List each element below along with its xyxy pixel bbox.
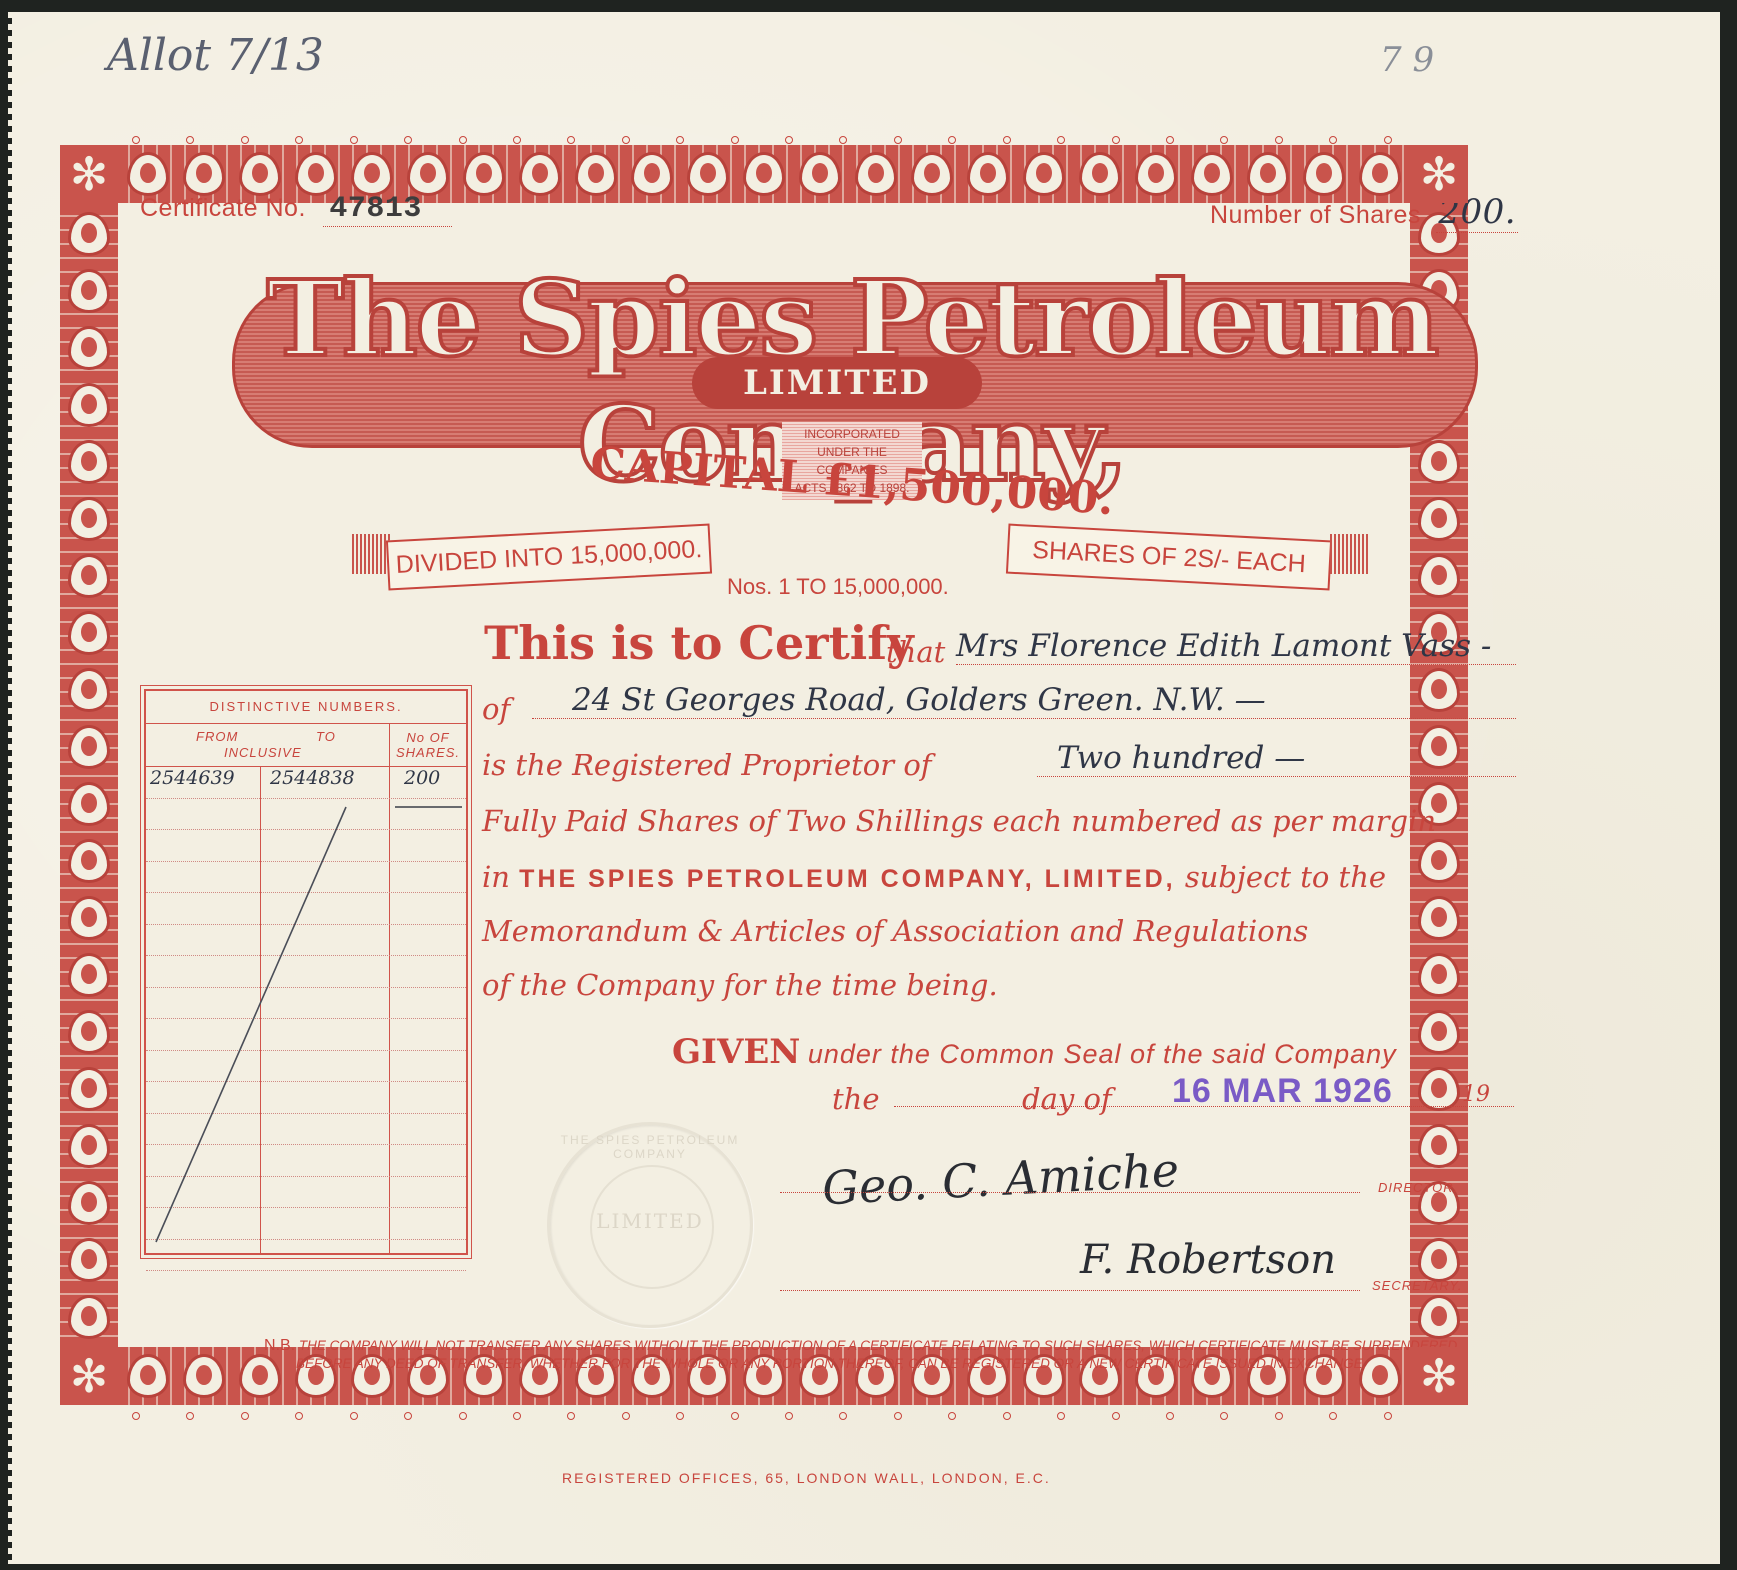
shares-header: No OF SHARES. bbox=[390, 724, 466, 766]
given-word: GIVEN bbox=[672, 1032, 800, 1072]
ribbon-end-right bbox=[1330, 534, 1370, 574]
day-of-label: day of bbox=[1022, 1082, 1112, 1116]
under-seal-text: under the Common Seal of the said Compan… bbox=[808, 1039, 1397, 1069]
registered-proprietor-text: is the Registered Proprietor of bbox=[482, 748, 932, 782]
pencil-annotation-number: 7 9 bbox=[1380, 40, 1434, 80]
from-to-header: FROM TO INCLUSIVE bbox=[146, 724, 390, 766]
registration-dots-bottom bbox=[132, 1412, 1392, 1420]
certify-heading: This is to Certify bbox=[484, 616, 914, 670]
number-of-shares-field: Number of Shares 200. bbox=[1210, 192, 1518, 233]
table-header-row: FROM TO INCLUSIVE No OF SHARES. bbox=[146, 724, 466, 767]
corner-rosette-icon: ✻ bbox=[60, 1347, 118, 1405]
director-label: DIRECTOR. bbox=[1378, 1180, 1458, 1195]
that-label: that bbox=[886, 635, 945, 669]
table-heading: DISTINCTIVE NUMBERS. bbox=[146, 691, 466, 724]
the-label: the bbox=[832, 1082, 880, 1116]
distinctive-numbers-table: DISTINCTIVE NUMBERS. FROM TO INCLUSIVE N… bbox=[144, 689, 468, 1255]
limited-badge: LIMITED bbox=[692, 357, 982, 409]
corner-rosette-icon: ✻ bbox=[60, 145, 118, 203]
company-name-caps: THE SPIES PETROLEUM COMPANY, LIMITED, bbox=[519, 865, 1175, 893]
share-number-range: Nos. 1 TO 15,000,000. bbox=[727, 574, 949, 600]
of-label: of bbox=[482, 692, 510, 726]
certificate-number-field: Certificate No. 47813 bbox=[140, 192, 452, 227]
certificate-number-value: 47813 bbox=[323, 192, 452, 227]
incorporated-line-1: INCORPORATED bbox=[782, 425, 922, 443]
cancellation-stroke bbox=[146, 767, 466, 1253]
director-signature-line bbox=[780, 1192, 1360, 1193]
palmette-column-left bbox=[60, 205, 118, 1345]
certificate-number-label: Certificate No. bbox=[140, 194, 306, 222]
from-header: FROM bbox=[196, 729, 238, 744]
date-stamp: 16 MAR 1926 bbox=[1172, 1072, 1393, 1111]
secretary-signature: F. Robertson bbox=[1080, 1237, 1336, 1283]
share-certificate: Allot 7/13 7 9 ✻ ✻ ✻ ✻ Certificate No. bbox=[12, 12, 1720, 1564]
corner-rosette-icon: ✻ bbox=[1410, 1347, 1468, 1405]
company-line: in THE SPIES PETROLEUM COMPANY, LIMITED,… bbox=[482, 860, 1386, 894]
share-count-words: Two hundred — bbox=[1037, 740, 1516, 777]
company-time-being-text: of the Company for the time being. bbox=[482, 968, 998, 1002]
year-prefix: 19 bbox=[1462, 1082, 1490, 1107]
secretary-signature-line bbox=[780, 1290, 1360, 1291]
memorandum-text: Memorandum & Articles of Association and… bbox=[482, 914, 1308, 948]
given-under-seal: GIVEN under the Common Seal of the said … bbox=[672, 1032, 1397, 1072]
fully-paid-text: Fully Paid Shares of Two Shillings each … bbox=[482, 804, 1436, 838]
registered-offices: REGISTERED OFFICES, 65, LONDON WALL, LON… bbox=[562, 1470, 1051, 1486]
table-body: 2544639 2544838 200 bbox=[146, 767, 466, 1253]
holder-name: Mrs Florence Edith Lamont Vass - bbox=[956, 628, 1516, 665]
corner-rosette-icon: ✻ bbox=[1410, 145, 1468, 203]
registration-dots-top bbox=[132, 136, 1392, 144]
nb-label: N.B. bbox=[264, 1337, 295, 1354]
secretary-label: SECRETARY. bbox=[1372, 1278, 1462, 1293]
number-of-shares-label: Number of Shares bbox=[1210, 201, 1421, 229]
transfer-notice: N.B. THE COMPANY WILL NOT TRANSFER ANY S… bbox=[264, 1337, 1464, 1373]
inclusive-header: INCLUSIVE bbox=[224, 745, 302, 760]
holder-address: 24 St Georges Road, Golders Green. N.W. … bbox=[532, 682, 1516, 719]
to-header: TO bbox=[316, 729, 336, 744]
pencil-annotation-allot: Allot 7/13 bbox=[107, 30, 324, 81]
embossed-company-seal: THE SPIES PETROLEUM COMPANY LIMITED bbox=[547, 1122, 753, 1328]
